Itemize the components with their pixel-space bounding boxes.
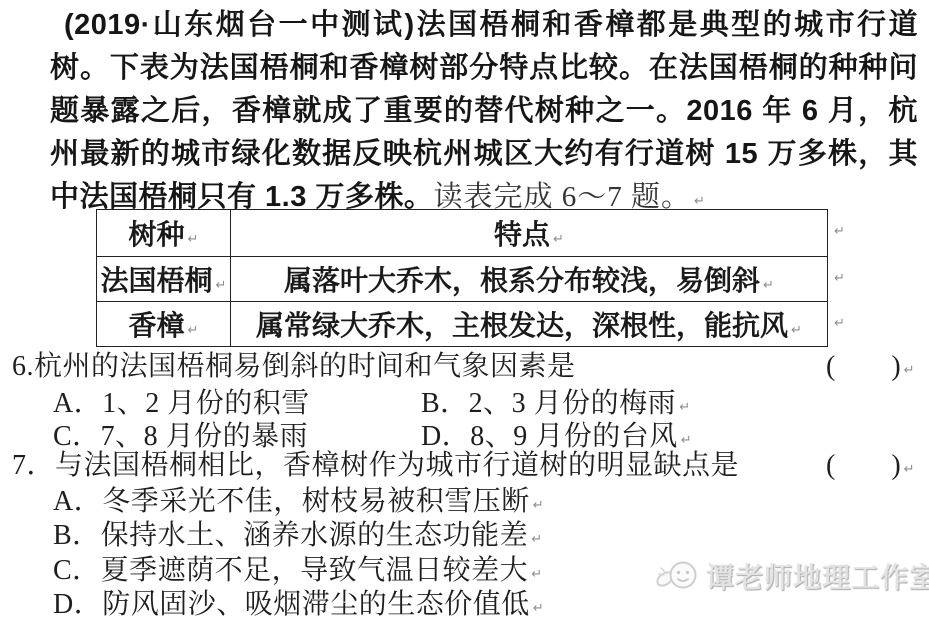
option-text: B．保持水土、涵养水源的生态功能差 — [53, 520, 528, 551]
features-header-cell: 特点↵ — [231, 210, 828, 257]
watermark: 谭老师地理工作室 — [655, 551, 929, 601]
pilcrow-return-mark: ↵ — [834, 224, 845, 239]
pilcrow-return-mark: ↵ — [531, 532, 542, 547]
pilcrow-return-mark: ↵ — [531, 567, 542, 582]
species-header-label: 树种 — [129, 219, 185, 250]
question-7-option-c: C．夏季遮荫不足，导致气温日较差大↵ — [53, 555, 542, 590]
table-row-camphor-tree: 香樟↵ 属常绿大乔木，主根发达，深根性，能抗风↵ — [97, 302, 828, 347]
pilcrow-return-mark: ↵ — [188, 323, 199, 338]
option-text: B．2、3 月份的梅雨 — [421, 388, 676, 419]
question-7-stem: 7．与法国梧桐相比，香樟树作为城市行道树的明显缺点是 — [12, 450, 822, 481]
pilcrow-return-mark: ↵ — [188, 232, 199, 247]
pilcrow-return-mark: ↵ — [533, 498, 544, 513]
question-6-answer-blank: ( )↵ — [826, 351, 915, 386]
table-header-row: 树种↵ 特点↵ — [97, 210, 828, 257]
question-6-option-c: C．7、8 月份的暴雨 — [53, 421, 308, 452]
pilcrow-return-mark: ↵ — [679, 400, 690, 415]
studio-mascot-icon — [655, 554, 701, 598]
option-text: C．夏季遮荫不足，导致气温日较差大 — [53, 555, 528, 586]
features-value: 属落叶大乔木，根系分布较浅，易倒斜 — [284, 265, 760, 296]
species-header-cell: 树种↵ — [97, 210, 231, 257]
pilcrow-return-mark: ↵ — [533, 601, 544, 616]
features-header-label: 特点 — [494, 219, 550, 250]
question-7-option-a: A．冬季采光不佳，树枝易被积雪压断↵ — [53, 486, 544, 521]
features-cell: 属常绿大乔木，主根发达，深根性，能抗风↵ — [231, 302, 828, 347]
features-cell: 属落叶大乔木，根系分布较浅，易倒斜↵ — [231, 257, 828, 302]
intro-paragraph: (2019·山东烟台一中测试)法国梧桐和香樟都是典型的城市行道树。下表为法国梧桐… — [50, 4, 918, 223]
tree-comparison-table: 树种↵ 特点↵ 法国梧桐↵ 属落叶大乔木，根系分布较浅，易倒斜↵ 香樟↵ 属常绿… — [96, 209, 828, 347]
pilcrow-return-mark: ↵ — [681, 433, 692, 448]
question-6-stem: 6.杭州的法国梧桐易倒斜的时间和气象因素是 — [12, 351, 822, 382]
pilcrow-return-mark: ↵ — [791, 323, 802, 338]
pilcrow-return-mark: ↵ — [834, 316, 845, 331]
species-cell: 法国梧桐↵ — [97, 257, 231, 302]
question-7-option-b: B．保持水土、涵养水源的生态功能差↵ — [53, 520, 542, 555]
pilcrow-return-mark: ↵ — [216, 278, 227, 293]
species-value: 香樟 — [129, 310, 185, 341]
question-7-answer-blank: ( )↵ — [826, 450, 915, 485]
pilcrow-return-mark: ↵ — [763, 278, 774, 293]
watermark-text: 谭老师地理工作室 — [706, 556, 929, 596]
pilcrow-return-mark: ↵ — [694, 194, 705, 209]
document-page: (2019·山东烟台一中测试)法国梧桐和香樟都是典型的城市行道树。下表为法国梧桐… — [0, 0, 929, 621]
answer-blank-parens: ( ) — [826, 351, 901, 382]
features-value: 属常绿大乔木，主根发达，深根性，能抗风 — [256, 310, 788, 341]
pilcrow-return-mark: ↵ — [834, 271, 845, 286]
option-text: A．1、2 月份的积雪 — [53, 388, 310, 419]
table-row-plane-tree: 法国梧桐↵ 属落叶大乔木，根系分布较浅，易倒斜↵ — [97, 257, 828, 302]
pilcrow-return-mark: ↵ — [553, 232, 564, 247]
option-text: C．7、8 月份的暴雨 — [53, 421, 308, 452]
pilcrow-return-mark: ↵ — [904, 462, 915, 477]
pilcrow-return-mark: ↵ — [904, 363, 915, 378]
question-6-option-a: A．1、2 月份的积雪 — [53, 388, 310, 419]
question-7-option-d: D．防风固沙、吸烟滞尘的生态价值低↵ — [53, 589, 544, 621]
question-6-option-b: B．2、3 月份的梅雨↵ — [421, 388, 690, 423]
species-cell: 香樟↵ — [97, 302, 231, 347]
option-text: D．8、9 月份的台风 — [421, 421, 678, 452]
option-text: D．防风固沙、吸烟滞尘的生态价值低 — [53, 589, 530, 620]
species-value: 法国梧桐 — [101, 265, 213, 296]
option-text: A．冬季采光不佳，树枝易被积雪压断 — [53, 486, 530, 517]
answer-blank-parens: ( ) — [826, 450, 901, 481]
